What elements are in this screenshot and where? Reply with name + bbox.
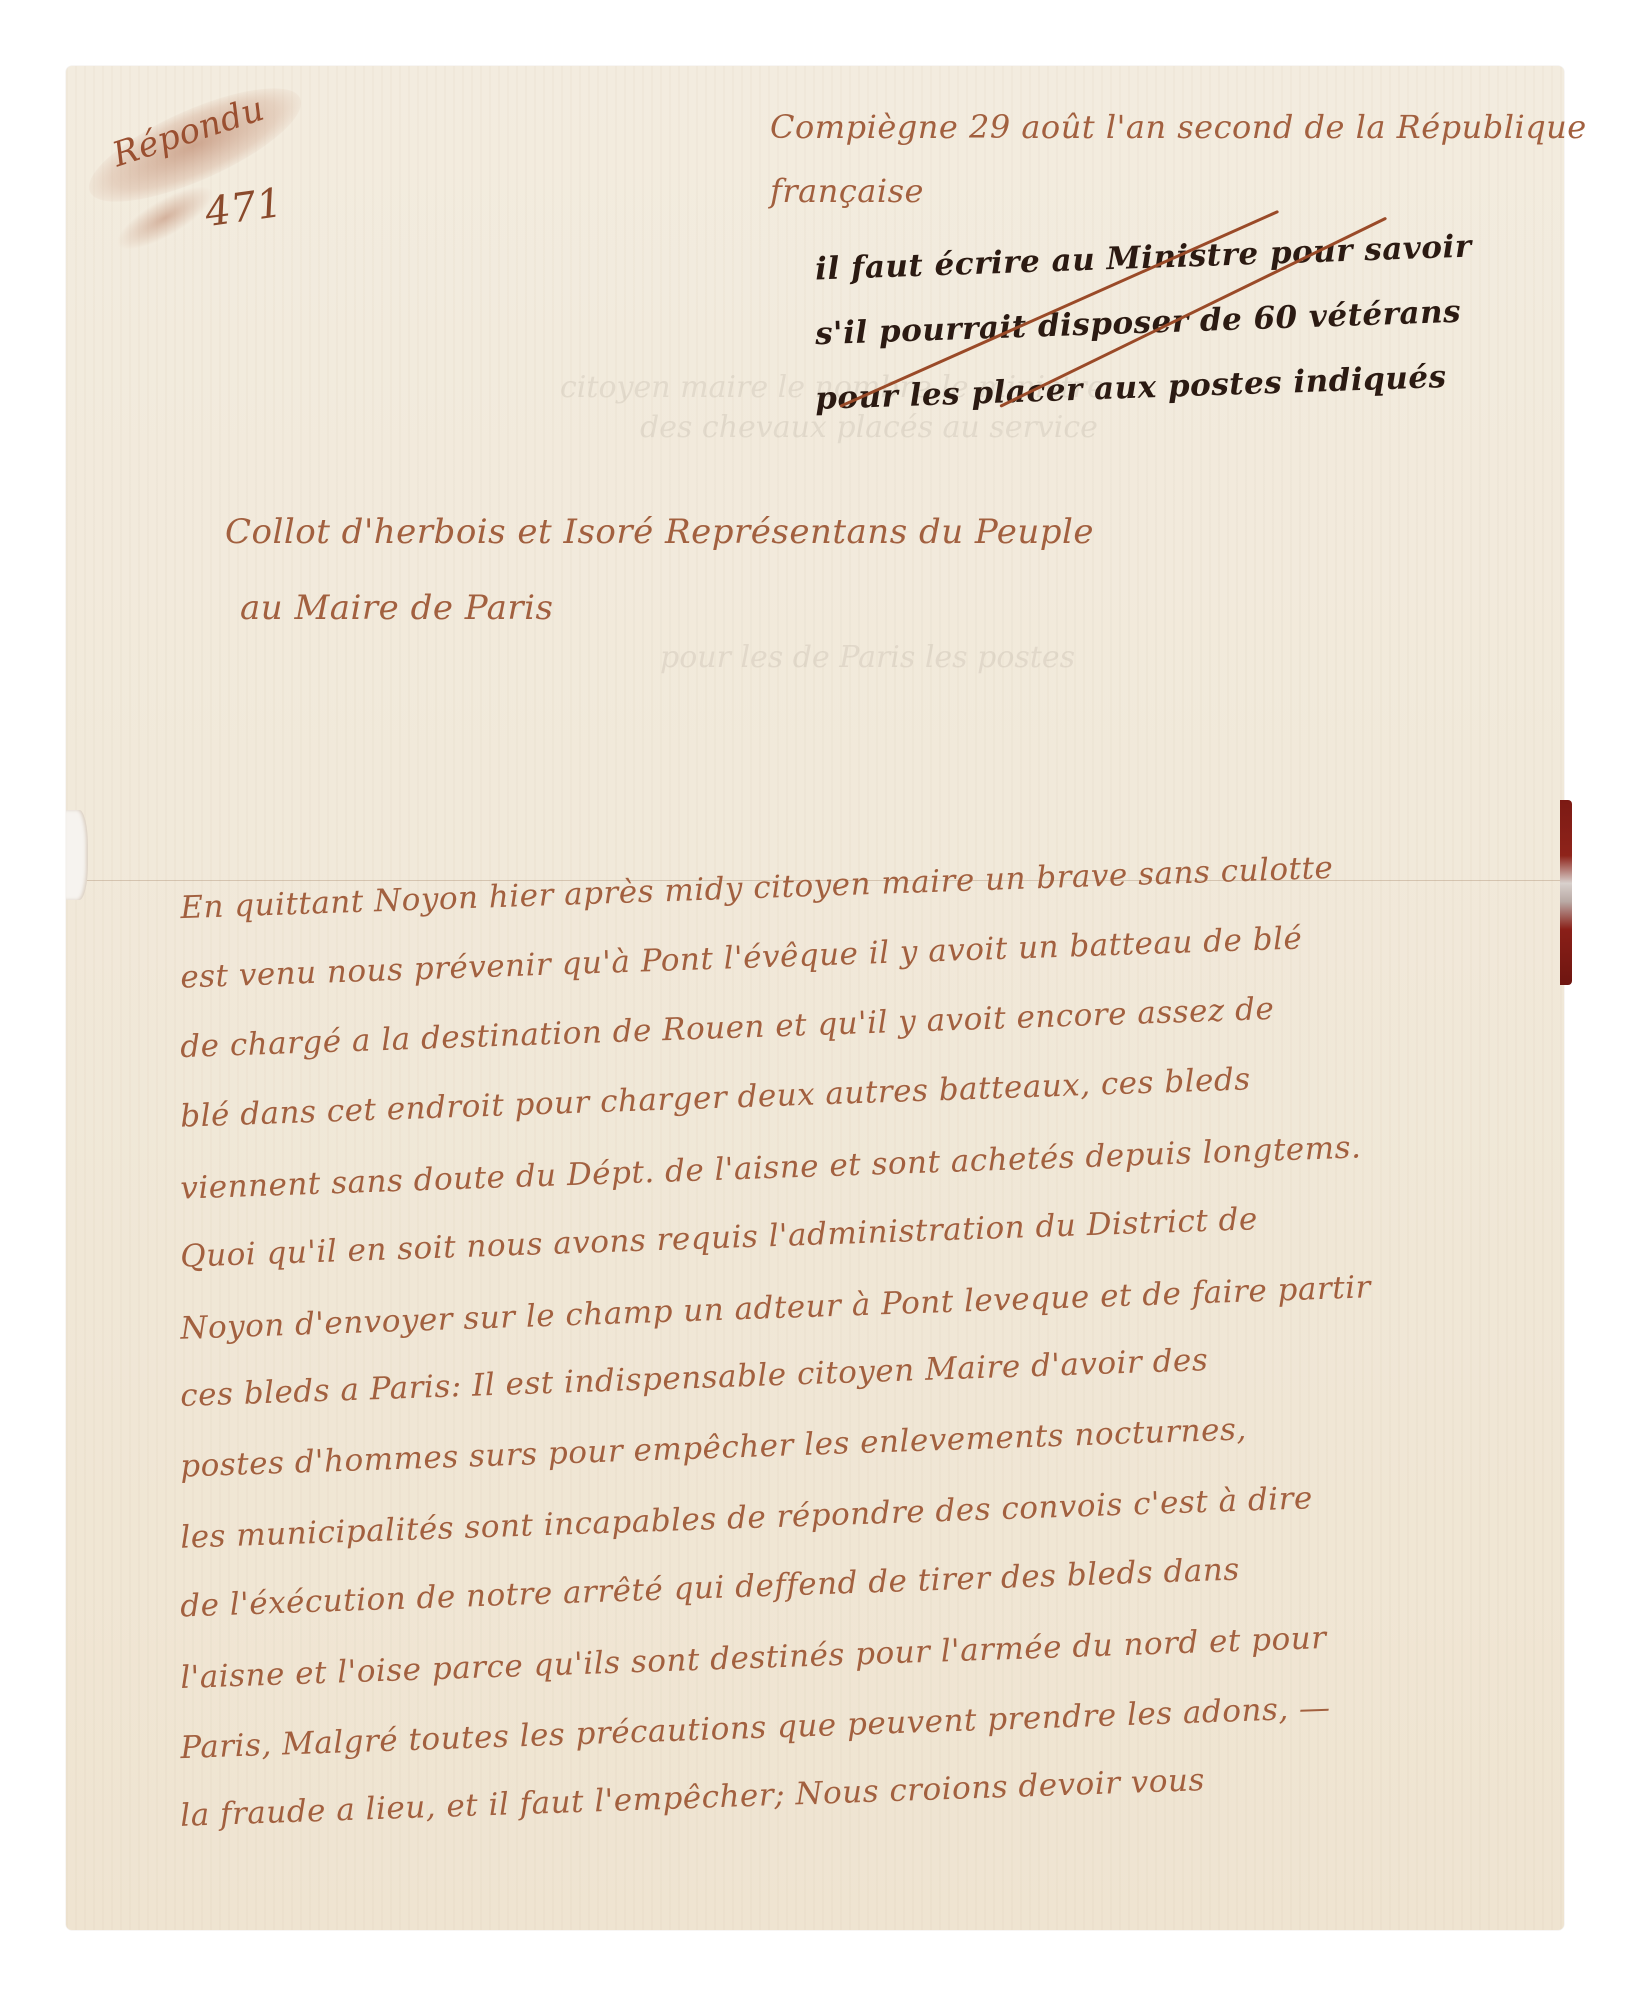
bleed-through-line: pour les de Paris les postes — [660, 640, 1075, 675]
address-line-2: au Maire de Paris — [240, 588, 554, 628]
dateline-line-1: Compiègne 29 août l'an second de la Répu… — [770, 108, 1587, 146]
wax-seal-remnant — [1560, 800, 1572, 985]
dateline-line-2: française — [770, 172, 924, 210]
address-line-1: Collot d'herbois et Isoré Représentans d… — [225, 512, 1094, 552]
paper-tear — [66, 810, 88, 900]
bleed-through-line: des chevaux placés au service — [640, 410, 1098, 445]
